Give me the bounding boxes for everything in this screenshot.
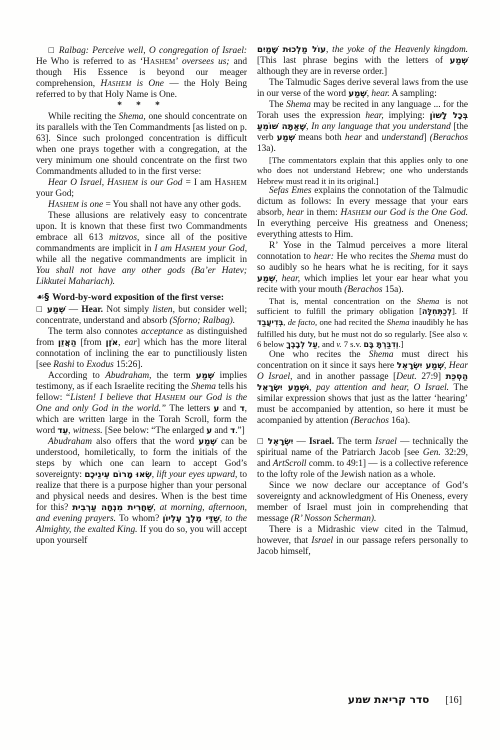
text-run: Listen! I believe that [70,393,155,403]
text-run: Hashem [175,244,206,254]
text-run: Israel. [309,437,334,447]
text-run: Hashem [143,57,175,67]
text-run: Shema [286,100,311,110]
text-run: According to [48,371,105,381]
text-run: ]. If [452,306,468,316]
stars-separator: * * * [36,101,247,112]
footer-section-title: סדר קריאת שמע [348,694,429,706]
text-run: is One [131,79,169,89]
text-run: hear, [365,111,383,121]
text-run: and [362,133,382,143]
text-run: 6 below [257,339,286,349]
text-run: Ralbag: Perceive well, O congregation of… [59,46,247,56]
collective-message: Since we now declare our acceptance of G… [257,481,468,525]
hebrew-term: שְׁמַע [348,89,366,99]
footer-page-number: [16] [445,695,462,706]
second-commandment-line: Hashem is one = You shall not have any o… [36,200,247,211]
hebrew-term: שְׁמַע יִשְׂרָאֵל [397,361,444,371]
text-run: One who recites the [269,350,369,360]
text-run: The letters [166,404,213,414]
text-run: [The commentators explain that this appl… [257,155,468,186]
text-run: To whom? [116,514,162,524]
text-run: 13a). [257,144,276,154]
text-run: Hashem [215,178,247,188]
text-run: I am [154,244,174,254]
entry-yisrael: □ יִשְׂרָאֵל — Israel. The term Israel —… [257,436,468,481]
text-run: ArtScroll [273,459,307,469]
text-run: Gen. [423,448,441,458]
text-run: witness. [73,426,103,436]
hebrew-term: אֹזֶן [106,338,119,348]
first-commandment-line: Hear O Israel, Hashem is our God = I am … [36,178,247,200]
text-run: Rashi [53,360,74,370]
text-run: You shall not have any other gods (Ba’er… [36,266,247,287]
book-page: □ Ralbag: Perceive well, O congregation … [0,0,500,750]
text-run: the yoke of the Heavenly kingdom. [332,45,468,55]
text-run: (Berachos [351,416,389,426]
text-run: Israel [375,437,397,447]
text-run: hear [287,208,304,218]
entry-square-bullet: □ [257,437,268,445]
text-run: * * * [117,101,166,111]
hebrew-term: לְכַתְּחִלָּה [422,307,452,316]
midrashic-view: There is a Midrashic view cited in the T… [257,525,468,558]
text-run: hear [345,133,362,143]
text-run: In any language that you understand [311,122,450,132]
text-run: (Sforno; Ralbag). [169,316,235,326]
text-run: acceptance [141,327,183,337]
text-run: [This last phrase begins with the letter… [257,56,450,66]
text-run: Deut. [396,372,416,382]
text-run: Hear. [81,305,103,315]
r-yose-audible: R’ Yose in the Talmud perceives a more l… [257,241,468,296]
hebrew-term: עַל לְבָבֶךָ [286,340,317,349]
text-run: is our God [138,178,182,188]
text-run: oversees us; [182,57,234,67]
text-run: = You shall not have any other gods. [103,200,241,210]
text-run: one had recited the [317,317,387,327]
text-run: our God is the One God. [371,208,468,218]
entry-square-bullet: □ [48,46,59,54]
hebrew-term: עוֹל מַלְכוּת שָׁמַיִם [257,45,326,55]
hebrew-term: יִשְׂרָאֵל [268,437,294,447]
text-run: also offers that the word [92,437,199,447]
text-run: He Who is referred to as ‘ [36,57,143,67]
text-run: Exodus [86,360,113,370]
hebrew-term: שְׁמַע [47,305,65,315]
text-run: hear, [282,274,300,284]
text-run: Sefas Emes [269,186,312,196]
hebrew-term: שַׁחֲרִית מִנְחָה עַרְבִית [72,503,153,513]
text-run: and [212,426,230,436]
text-run: , and [318,339,337,349]
text-run: .”] [235,426,245,436]
text-run: That is, mental concentration on the [269,296,417,306]
hebrew-term: שְׁמַע [450,56,468,66]
text-run: listen, [152,305,174,315]
text-run: Hashem [101,79,132,89]
text-run: [See below: “The enlarged [103,426,207,436]
hebrew-term: שְׁמַע [257,274,275,284]
text-run: Hear O Israel, [48,178,107,188]
text-run: — [293,437,309,447]
text-run: is one [79,200,103,210]
text-run: (Berachos [430,133,468,143]
talmudic-laws-intro: The Talmudic Sages derive several laws f… [257,78,468,100]
text-run: lift your eyes upward, [156,470,237,480]
text-run: The term [334,437,375,447]
text-run: Shema [191,382,216,392]
heading-word-by-word: ☙§ Word-by-word exposition of the first … [36,292,247,304]
text-run: Hashem [340,208,371,218]
text-run: The term also connotes [48,327,141,337]
entry-shema: □ שְׁמַע — Hear. Not simply listen, but … [36,304,247,327]
shema-ten-commandments: While reciting the Shema, one should con… [36,112,247,178]
text-run: de facto, [288,317,317,327]
text-run: hear. [371,89,389,99]
text-run: your God, [206,244,247,254]
text-run: your God; [36,189,74,199]
text-run: .] [399,339,404,349]
commentators-note: [The commentators explain that this appl… [257,155,468,186]
text-run: Shema [417,296,440,306]
text-run: 27:9] [417,372,446,382]
text-run: (Berachos [344,285,382,295]
text-run: (R’ Nosson Scherman). [291,514,376,524]
text-run: the term [151,371,195,381]
hebrew-term: שְׂאוּ מָרוֹם עֵינֵיכֶם [84,470,151,480]
text-run: Abudraham, [105,371,151,381]
text-run: understand [382,133,424,143]
text-run: The [269,100,286,110]
text-run: means both [295,133,345,143]
text-run: Shema, [119,112,146,122]
text-run: while all the negative commandments are … [36,255,247,265]
text-run: in them: [304,208,341,218]
text-run: Hashem [107,178,138,188]
six-hundred-thirteen: These allusions are relatively easy to c… [36,211,247,288]
ralbag-comment: □ Ralbag: Perceive well, O congregation … [36,45,247,101]
text-run: Abudraham [48,437,92,447]
text-run: ear [124,338,136,348]
entry-square-bullet: □ [36,305,47,313]
abudraham-testimony: According to Abudraham, the term שְׁמַע … [36,371,247,437]
text-run: 15:26]. [114,360,143,370]
hebrew-term: שְׁמַע [198,437,216,447]
text-run: Israel [311,536,333,546]
text-run: 7 s.v. [342,339,364,349]
text-run: implying: [384,111,430,121]
text-run: and [219,404,239,414]
hebrew-term: עֵד [57,426,68,436]
text-run: Shema [369,350,394,360]
any-language-law: The Shema may be recited in any language… [257,100,468,155]
concentration-law: One who recites the Shema must direct hi… [257,350,468,427]
text-run: Shema [387,317,410,327]
hebrew-term: שְׁמַע [277,133,295,143]
hebrew-term: שְׁמַע [196,371,214,381]
sefas-emes: Sefas Emes explains the connotation of t… [257,186,468,241]
left-column: □ Ralbag: Perceive well, O congregation … [36,45,247,547]
text-run: Hashem [48,200,79,210]
text-run: Hashem [155,393,186,403]
hebrew-term: וְדִבַּרְתָּ בָּם [364,340,399,349]
audible-note: That is, mental concentration on the She… [257,296,468,350]
text-run: hear: [314,252,334,262]
text-run: v. [463,329,468,339]
acceptance-paragraph: The term also connotes acceptance as dis… [36,327,247,371]
section-leaf-mark: ☙§ [36,292,52,303]
hebrew-term: הַאֲזֵן [58,338,76,348]
text-run: While reciting the [48,112,119,122]
text-run: pay attention and hear, O Israel. [316,383,449,393]
text-run: 15a). [383,285,404,295]
text-run: Not simply [103,305,152,315]
text-run: He who recites the [334,252,410,262]
text-run: to [74,360,86,370]
hebrew-term: בְּדִיעֲבַד [257,318,283,327]
text-run: 16a). [389,416,410,426]
text-run: Word-by-word exposition of the first ver… [52,293,224,303]
text-run: [from [76,338,105,348]
text-run: = I am [182,178,214,188]
hebrew-term: שַׁדַּי מֶלֶךְ עֶלְיוֹן [162,514,219,524]
right-column: עוֹל מַלְכוּת שָׁמַיִם, the yoke of the … [257,45,468,558]
text-run: — [65,305,81,315]
text-run: mitzvos, [109,233,139,243]
yoke-continuation: עוֹל מַלְכוּת שָׁמַיִם, the yoke of the … [257,45,468,78]
text-run: and in another passage [ [292,372,396,382]
text-run: Shema [410,252,435,262]
page-footer: סדר קריאת שמע [16] [348,694,462,706]
text-run: In everything perceive His greatness and… [257,219,468,240]
text-run: A sampling: [390,89,437,99]
abudraham-acronym: Abudraham also offers that the word שְׁמ… [36,437,247,547]
text-run: although they are in reverse order.] [257,67,387,77]
